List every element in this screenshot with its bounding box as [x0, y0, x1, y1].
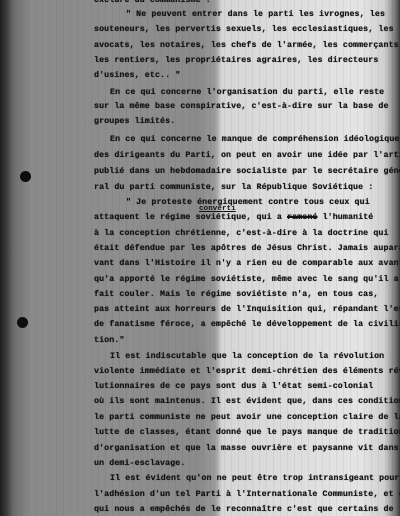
text-line: d'organisation et que la masse ouvrière …: [94, 444, 399, 453]
text-line: qu'a apporté le régime soviétiste, même …: [94, 275, 399, 284]
text-line: sur la même base conspirative, c'est-à-d…: [94, 102, 389, 111]
text-line: exclure du communisme :: [94, 0, 211, 5]
text-line: vant dans l'Histoire il n'y a rien eu de…: [94, 259, 400, 268]
text-line: fait couler. Mais le régime soviétiste n…: [94, 290, 378, 299]
text-line: attaquent le régime soviétique, qui a ra…: [94, 213, 373, 222]
text-line: En ce qui concerne le manque de compréhe…: [110, 135, 400, 144]
handwritten-correction: converti: [199, 205, 236, 213]
punch-hole-top: [20, 171, 31, 182]
text-line: les rentiers, les propriétaires agraires…: [94, 56, 378, 65]
punch-hole-bottom: [17, 317, 28, 328]
scan-artifact-lines: [0, 0, 400, 516]
text-line: à la conception chrétienne, c'est-à-dire…: [94, 229, 389, 238]
text-line: Il est évident qu'on ne peut être trop i…: [110, 474, 400, 483]
text-line: pas atteint aux horreurs de l'Inquisitio…: [94, 305, 400, 314]
text-line: était défendue par les apôtres de Jésus …: [94, 244, 400, 253]
text-line: ral du parti communiste, sur la Républiq…: [94, 183, 373, 192]
text-line: un demi-esclavage.: [94, 459, 185, 468]
text-line: des dirigeants du Parti, on peut en avoi…: [94, 151, 400, 160]
scanned-document-page: exclure du communisme :" Ne peuvent entr…: [0, 0, 400, 516]
struck-word: ramené: [287, 213, 317, 222]
text-line: avocats, les notaires, les chefs de l'ar…: [94, 41, 400, 50]
text-line: lutionnaires de ce pays sont dus à l'éta…: [94, 382, 373, 391]
text-line: violente immédiate et l'esprit demi-chré…: [94, 367, 400, 376]
text-line: Il est indiscutable que la conception de…: [110, 352, 384, 361]
text-line: lutte de classes, étant donné que le pay…: [94, 428, 400, 437]
text-line: l'adhésion d'un tel Parti à l'Internatio…: [94, 490, 400, 499]
text-line: d'usines, etc.. ": [94, 71, 180, 80]
text-line: publié dans un hebdomadaire socialiste p…: [94, 167, 400, 176]
text-line: qui nous a empêchés de le reconnaître c'…: [94, 505, 394, 514]
text-line: de fanatisme féroce, a empêché le dévelo…: [94, 320, 400, 329]
text-line: " Ne peuvent entrer dans le parti les iv…: [126, 10, 385, 19]
text-line: tion.": [94, 336, 124, 345]
text-line: groupes limités.: [94, 117, 175, 126]
text-line: où ils sont maintenus. Il est évident qu…: [94, 397, 400, 406]
text-line: le parti communiste ne peut avoir une co…: [94, 413, 400, 422]
text-line: En ce qui concerne l'organisation du par…: [110, 88, 384, 97]
text-line: " Je proteste énergiquement contre tous …: [126, 198, 370, 207]
text-line: souteneurs, les pervertis sexuels, les e…: [94, 25, 394, 34]
